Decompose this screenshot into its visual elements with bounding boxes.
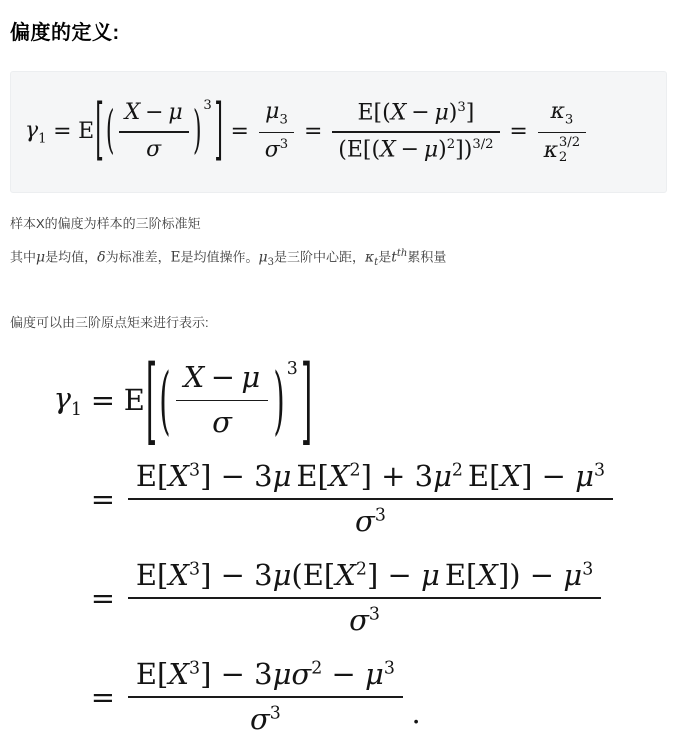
- standardized-variable-fraction: X−μ σ: [119, 99, 189, 164]
- var-mu: μ: [168, 100, 182, 125]
- op-minus: −: [322, 657, 365, 691]
- fraction-numerator: X−μ: [119, 99, 189, 128]
- var-mu: μ: [434, 100, 448, 125]
- derivation-row-2: = E[X3] − 3μE[X2] + 3μ2E[X] − μ3 σ3: [44, 458, 667, 541]
- left-bracket-delimiter: [: [94, 94, 105, 170]
- close-parens-minus: ]) −: [498, 558, 563, 592]
- right-bracket-delimiter: ]: [213, 94, 224, 170]
- equals-sign: =: [91, 581, 115, 615]
- minus-three: ] − 3: [200, 459, 273, 493]
- cube-exponent: 3: [375, 505, 386, 525]
- terminating-period: .: [411, 696, 420, 730]
- text-segment: 是三阶中心距，: [274, 249, 365, 264]
- var-kappa: κ: [544, 138, 558, 163]
- cube-exponent: 3: [582, 559, 593, 579]
- cube-exponent: 3: [457, 100, 465, 115]
- var-mu: μ: [273, 657, 292, 691]
- fraction-bar: [119, 131, 189, 133]
- op-E-bracket: E[: [136, 657, 168, 691]
- var-X: X: [329, 459, 350, 493]
- square-exponent: 2: [452, 460, 463, 480]
- square-exponent: 2: [447, 137, 455, 152]
- var-gamma: γ: [54, 381, 71, 415]
- var-mu: μ: [563, 558, 582, 592]
- text-segment: 是均值，: [45, 249, 97, 264]
- cumulant-fraction: κ3 κ3/22: [538, 98, 587, 166]
- close-minus: ] −: [367, 558, 421, 592]
- var-sigma: σ: [355, 504, 375, 538]
- var-mu: μ: [433, 459, 452, 493]
- mu3-over-sigma3-fraction: μ3 σ3: [259, 98, 295, 165]
- expanded-moments-fraction: E[X3] − 3μE[X2] + 3μ2E[X] − μ3 σ3: [128, 458, 613, 541]
- fraction-denominator: σ3: [347, 503, 394, 541]
- equals-sign: =: [231, 119, 249, 144]
- subscript-three: 3: [279, 113, 287, 128]
- var-mu: μ: [258, 249, 267, 265]
- op-E-brackets: (E[(: [338, 137, 380, 162]
- cube-exponent: 3: [189, 559, 200, 579]
- square-exponent: 2: [349, 460, 360, 480]
- equals-sign: =: [53, 119, 71, 144]
- fraction-numerator: μ3: [259, 98, 294, 129]
- var-mu: μ: [424, 137, 438, 162]
- left-paren-delimiter: (: [105, 102, 116, 161]
- subscript-one: 1: [38, 131, 46, 146]
- fraction-numerator: E[X3] − 3μ(E[X2] − μE[X]) − μ3: [128, 557, 602, 595]
- op-E-bracket: E[: [445, 558, 477, 592]
- subscript-one: 1: [71, 400, 82, 420]
- right-bracket-delimiter: ]: [300, 345, 313, 456]
- op-E-bracket: E[: [136, 558, 168, 592]
- var-X: X: [335, 558, 356, 592]
- cube-exponent: 3: [189, 460, 200, 480]
- cube-exponent: 3: [369, 604, 380, 624]
- minus-three: ] − 3: [200, 558, 273, 592]
- simplified-fraction: E[X3] − 3μσ2 − μ3 σ3: [128, 656, 403, 733]
- var-mu: μ: [421, 558, 440, 592]
- expectation-operator: E: [78, 119, 94, 144]
- var-sigma: σ: [250, 702, 270, 733]
- text-segment: 是: [378, 249, 391, 264]
- var-kappa: κ: [550, 99, 564, 124]
- derivation-row-1: γ1 = E [ ( X−μ σ ) 3 ]: [44, 359, 667, 442]
- var-kappa: κ: [365, 249, 374, 265]
- derivation-row-3: = E[X3] − 3μ(E[X2] − μE[X]) − μ3 σ3: [44, 557, 667, 640]
- grouped-moments-fraction: E[X3] − 3μ(E[X2] − μE[X]) − μ3 σ3: [128, 557, 602, 640]
- equals-sign: =: [91, 482, 115, 516]
- var-delta: δ: [97, 249, 105, 265]
- var-mu: μ: [273, 459, 292, 493]
- kappa2-supsub: 3/22: [559, 136, 580, 166]
- fraction-numerator: X−μ: [176, 359, 269, 397]
- left-bracket-delimiter: [: [145, 345, 158, 456]
- minus-three: ] − 3: [200, 657, 273, 691]
- cube-exponent: 3: [280, 137, 288, 152]
- fraction-numerator: E[X3] − 3μσ2 − μ3: [128, 656, 403, 694]
- op-minus: −: [411, 100, 429, 125]
- var-X: X: [391, 100, 407, 125]
- var-sigma: σ: [291, 657, 311, 691]
- equals-sign: =: [91, 383, 115, 417]
- fraction-denominator: (E[(X−μ)2])3/2: [332, 136, 500, 165]
- subscript-three: 3: [565, 112, 573, 127]
- var-X: X: [380, 137, 396, 162]
- op-minus: −: [401, 137, 419, 162]
- th-superscript: th: [397, 248, 407, 259]
- var-X: X: [477, 558, 498, 592]
- open-paren-E: (E[: [291, 558, 335, 592]
- right-paren-delimiter: ): [272, 357, 285, 444]
- fraction-denominator: σ: [204, 404, 240, 442]
- cube-exponent: 3: [594, 460, 605, 480]
- cube-exponent: 3: [384, 658, 395, 678]
- var-X: X: [125, 100, 141, 125]
- equals-sign: =: [509, 119, 527, 144]
- var-X: X: [168, 558, 189, 592]
- fraction-numerator: κ3: [544, 98, 579, 129]
- fraction-numerator: E[X3] − 3μE[X2] + 3μ2E[X] − μ3: [128, 458, 613, 496]
- fraction-bar: [128, 597, 602, 599]
- var-gamma: γ: [25, 118, 38, 143]
- var-X: X: [184, 360, 205, 394]
- right-paren-delimiter: ): [192, 102, 203, 161]
- page-title: 偏度的定义:: [10, 16, 667, 45]
- var-mu: μ: [365, 657, 384, 691]
- var-sigma: σ: [265, 138, 280, 163]
- op-minus: −: [211, 360, 235, 394]
- paragraph-notation: 其中μ是均值，δ为标准差，E是均值操作。μ3是三阶中心距，κt是tth累积量: [10, 247, 667, 270]
- text-segment: 其中: [10, 249, 36, 264]
- close-brackets: ]): [455, 137, 472, 162]
- fraction-denominator: σ3: [242, 701, 289, 733]
- fraction-bar: [128, 498, 613, 500]
- cube-exponent: 3: [270, 703, 281, 723]
- three-halves-exponent: 3/2: [472, 137, 493, 152]
- paragraph-third-moment-intro: 偏度可以由三阶原点矩来进行表示:: [10, 314, 667, 333]
- text-segment: 累积量: [407, 249, 446, 264]
- text-segment: 是均值操作。: [180, 249, 258, 264]
- fraction-numerator: E[(X−μ)3]: [351, 99, 480, 128]
- close-bracket: ]: [466, 100, 475, 125]
- cube-exponent: 3: [287, 359, 298, 379]
- fraction-bar: [128, 696, 403, 698]
- var-X: X: [168, 657, 189, 691]
- expectation-operator: E: [124, 383, 145, 417]
- gamma1-term: γ1: [25, 118, 47, 146]
- fraction-denominator: σ: [140, 136, 167, 165]
- var-sigma: σ: [349, 603, 369, 637]
- op-E-brackets: E[(: [357, 100, 390, 125]
- var-mu: μ: [575, 459, 594, 493]
- central-moment-fraction: E[(X−μ)3] (E[(X−μ)2])3/2: [332, 99, 500, 164]
- close-minus: ] −: [521, 459, 575, 493]
- three-halves-exponent: 3/2: [559, 136, 580, 151]
- plus-three: ] + 3: [361, 459, 434, 493]
- cube-exponent: 3: [189, 658, 200, 678]
- var-mu: μ: [241, 360, 260, 394]
- var-mu: μ: [273, 558, 292, 592]
- subscript-two: 2: [559, 151, 567, 166]
- text-segment: 为标准差，: [106, 249, 171, 264]
- fraction-bar: [259, 132, 295, 134]
- equals-sign: =: [91, 680, 115, 714]
- fraction-bar: [538, 132, 587, 134]
- derivation-row-4: = E[X3] − 3μσ2 − μ3 σ3 .: [44, 656, 667, 733]
- definition-formula-box: γ1 = E [ ( X−μ σ ) 3 ] = μ3 σ3 = E[(X−μ)…: [10, 71, 667, 193]
- fraction-denominator: σ3: [341, 602, 388, 640]
- standardized-variable-fraction: X−μ σ: [176, 359, 269, 442]
- expectation-operator: E: [171, 249, 181, 265]
- cube-exponent: 3: [203, 98, 211, 113]
- op-minus: −: [145, 100, 163, 125]
- var-mu: μ: [265, 99, 279, 124]
- gamma1-term: γ1: [44, 381, 82, 420]
- fraction-bar: [176, 400, 269, 402]
- left-paren-delimiter: (: [158, 357, 171, 444]
- equals-sign: =: [304, 119, 322, 144]
- var-X: X: [500, 459, 521, 493]
- skewness-definition-formula: γ1 = E [ ( X−μ σ ) 3 ] = μ3 σ3 = E[(X−μ)…: [25, 98, 589, 166]
- square-exponent: 2: [356, 559, 367, 579]
- fraction-denominator: κ3/22: [538, 136, 587, 166]
- fraction-denominator: σ3: [259, 136, 295, 165]
- var-X: X: [168, 459, 189, 493]
- paragraph-sample-skewness: 样本X的偏度为样本的三阶标准矩: [10, 215, 667, 234]
- derivation-block: γ1 = E [ ( X−μ σ ) 3 ] = E[X3] − 3μE[X2]…: [44, 359, 667, 733]
- var-mu: μ: [36, 249, 45, 265]
- article: 偏度的定义: γ1 = E [ ( X−μ σ ) 3 ] = μ3 σ3 =: [0, 0, 676, 733]
- op-E-bracket: E[: [296, 459, 328, 493]
- var-sigma: σ: [146, 137, 161, 162]
- square-exponent: 2: [311, 658, 322, 678]
- var-sigma: σ: [212, 405, 232, 439]
- op-E-bracket: E[: [136, 459, 168, 493]
- fraction-bar: [332, 131, 500, 133]
- op-E-bracket: E[: [468, 459, 500, 493]
- close-paren: ): [438, 137, 447, 162]
